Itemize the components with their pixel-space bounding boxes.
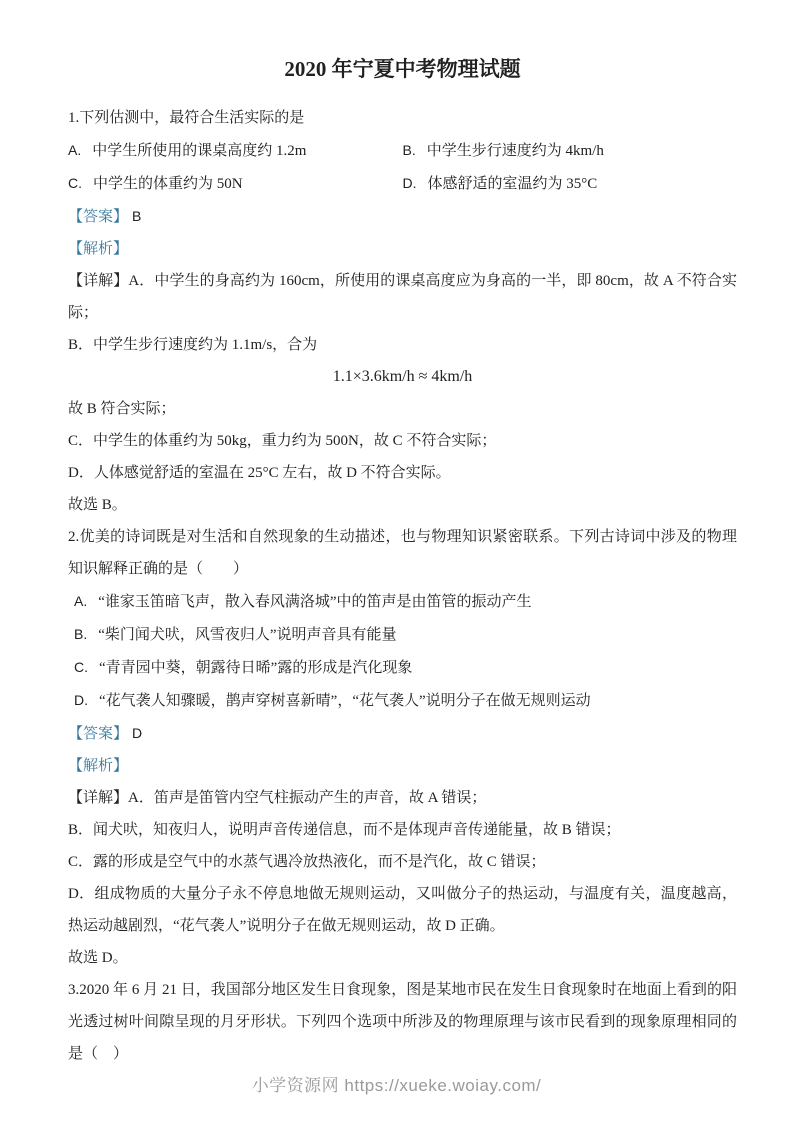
q1-analysis-line: 【解析】 (68, 233, 737, 265)
q2-stem: 2.优美的诗词既是对生活和自然现象的生动描述，也与物理知识紧密联系。下列古诗词中… (68, 521, 737, 585)
q1-option-b-text: 中学生步行速度约为 4km/h (427, 143, 604, 159)
q1-option-a-key: A. (68, 142, 81, 158)
q1-option-c: C.中学生的体重约为 50N (68, 167, 403, 200)
q2-conclusion: 故选 D。 (68, 942, 737, 974)
q1-analysis-tag: 【解析】 (68, 241, 128, 257)
q2-option-d-text: “花气袭人知骤暖，鹊声穿树喜新晴”，“花气袭人”说明分子在做无规则运动 (99, 693, 591, 709)
q1-option-d-text: 体感舒适的室温约为 35°C (428, 176, 598, 192)
q1-conclusion: 故选 B。 (68, 489, 737, 521)
question-2: 2.优美的诗词既是对生活和自然现象的生动描述，也与物理知识紧密联系。下列古诗词中… (68, 521, 737, 974)
q2-option-a-text: “谁家玉笛暗飞声，散入春风满洛城”中的笛声是由笛管的振动产生 (98, 594, 531, 610)
q1-formula: 1.1×3.6km/h ≈ 4km/h (68, 361, 737, 393)
q1-option-a-text: 中学生所使用的课桌高度约 1.2m (92, 143, 306, 159)
q2-answer-line: 【答案】D (68, 717, 737, 750)
q2-option-b: B.“柴门闻犬吠，风雪夜归人”说明声音具有能量 (68, 618, 737, 651)
q2-analysis-line: 【解析】 (68, 750, 737, 782)
q1-detail-line-2: B．中学生步行速度约为 1.1m/s，合为 (68, 329, 737, 361)
q1-option-d: D.体感舒适的室温约为 35°C (403, 167, 738, 200)
q3-stem: 3.2020 年 6 月 21 日，我国部分地区发生日食现象，图是某地市民在发生… (68, 974, 737, 1070)
q1-option-b-key: B. (403, 142, 416, 158)
q1-answer-tag: 【答案】 (68, 209, 128, 225)
q1-option-a: A.中学生所使用的课桌高度约 1.2m (68, 134, 403, 167)
q1-option-b: B.中学生步行速度约为 4km/h (403, 134, 738, 167)
q2-answer-tag: 【答案】 (68, 726, 128, 742)
q2-option-c: C.“青青园中葵，朝露待日晞”露的形成是汽化现象 (68, 651, 737, 684)
q2-analysis-tag: 【解析】 (68, 758, 128, 774)
q1-detail-line-3: 故 B 符合实际； (68, 393, 737, 425)
q1-detail-line-5: D．人体感觉舒适的室温在 25°C 左右，故 D 不符合实际。 (68, 457, 737, 489)
q1-options-grid: A.中学生所使用的课桌高度约 1.2m B.中学生步行速度约为 4km/h C.… (68, 134, 737, 200)
q1-option-c-text: 中学生的体重约为 50N (93, 176, 243, 192)
q1-detail-line-4: C．中学生的体重约为 50kg，重力约为 500N，故 C 不符合实际； (68, 425, 737, 457)
question-3: 3.2020 年 6 月 21 日，我国部分地区发生日食现象，图是某地市民在发生… (68, 974, 737, 1070)
q2-option-d-key: D. (74, 692, 88, 708)
q2-detail-line-4: D．组成物质的大量分子永不停息地做无规则运动，又叫做分子的热运动，与温度有关，温… (68, 878, 737, 942)
q2-answer-value: D (132, 725, 142, 741)
q2-detail-line-3: C．露的形成是空气中的水蒸气遇冷放热液化，而不是汽化，故 C 错误； (68, 846, 737, 878)
q1-option-c-key: C. (68, 175, 82, 191)
document-page: 2020 年宁夏中考物理试题 1.下列估测中，最符合生活实际的是 A.中学生所使… (0, 0, 793, 1070)
q2-option-c-key: C. (74, 659, 88, 675)
q2-option-d: D.“花气袭人知骤暖，鹊声穿树喜新晴”，“花气袭人”说明分子在做无规则运动 (68, 684, 737, 717)
q2-option-a: A.“谁家玉笛暗飞声，散入春风满洛城”中的笛声是由笛管的振动产生 (68, 585, 737, 618)
page-footer: 小学资源网 https://xueke.woiay.com/ (0, 1071, 793, 1096)
q2-option-c-text: “青青园中葵，朝露待日晞”露的形成是汽化现象 (99, 660, 412, 676)
q2-option-b-key: B. (74, 626, 87, 642)
q1-detail-line-1: 【详解】A．中学生的身高约为 160cm，所使用的课桌高度应为身高的一半，即 8… (68, 265, 737, 329)
q2-option-b-text: “柴门闻犬吠，风雪夜归人”说明声音具有能量 (98, 627, 396, 643)
page-title: 2020 年宁夏中考物理试题 (68, 52, 737, 86)
q2-option-a-key: A. (74, 593, 87, 609)
footer-site-link: 小学资源网 https://xueke.woiay.com/ (252, 1076, 542, 1095)
question-1: 1.下列估测中，最符合生活实际的是 A.中学生所使用的课桌高度约 1.2m B.… (68, 102, 737, 521)
q1-stem: 1.下列估测中，最符合生活实际的是 (68, 102, 737, 134)
q1-answer-value: B (132, 208, 141, 224)
q1-option-d-key: D. (403, 175, 417, 191)
q2-detail-line-1: 【详解】A．笛声是笛管内空气柱振动产生的声音，故 A 错误； (68, 782, 737, 814)
q2-detail-line-2: B．闻犬吠，知夜归人，说明声音传递信息，而不是体现声音传递能量，故 B 错误； (68, 814, 737, 846)
q1-answer-line: 【答案】B (68, 200, 737, 233)
